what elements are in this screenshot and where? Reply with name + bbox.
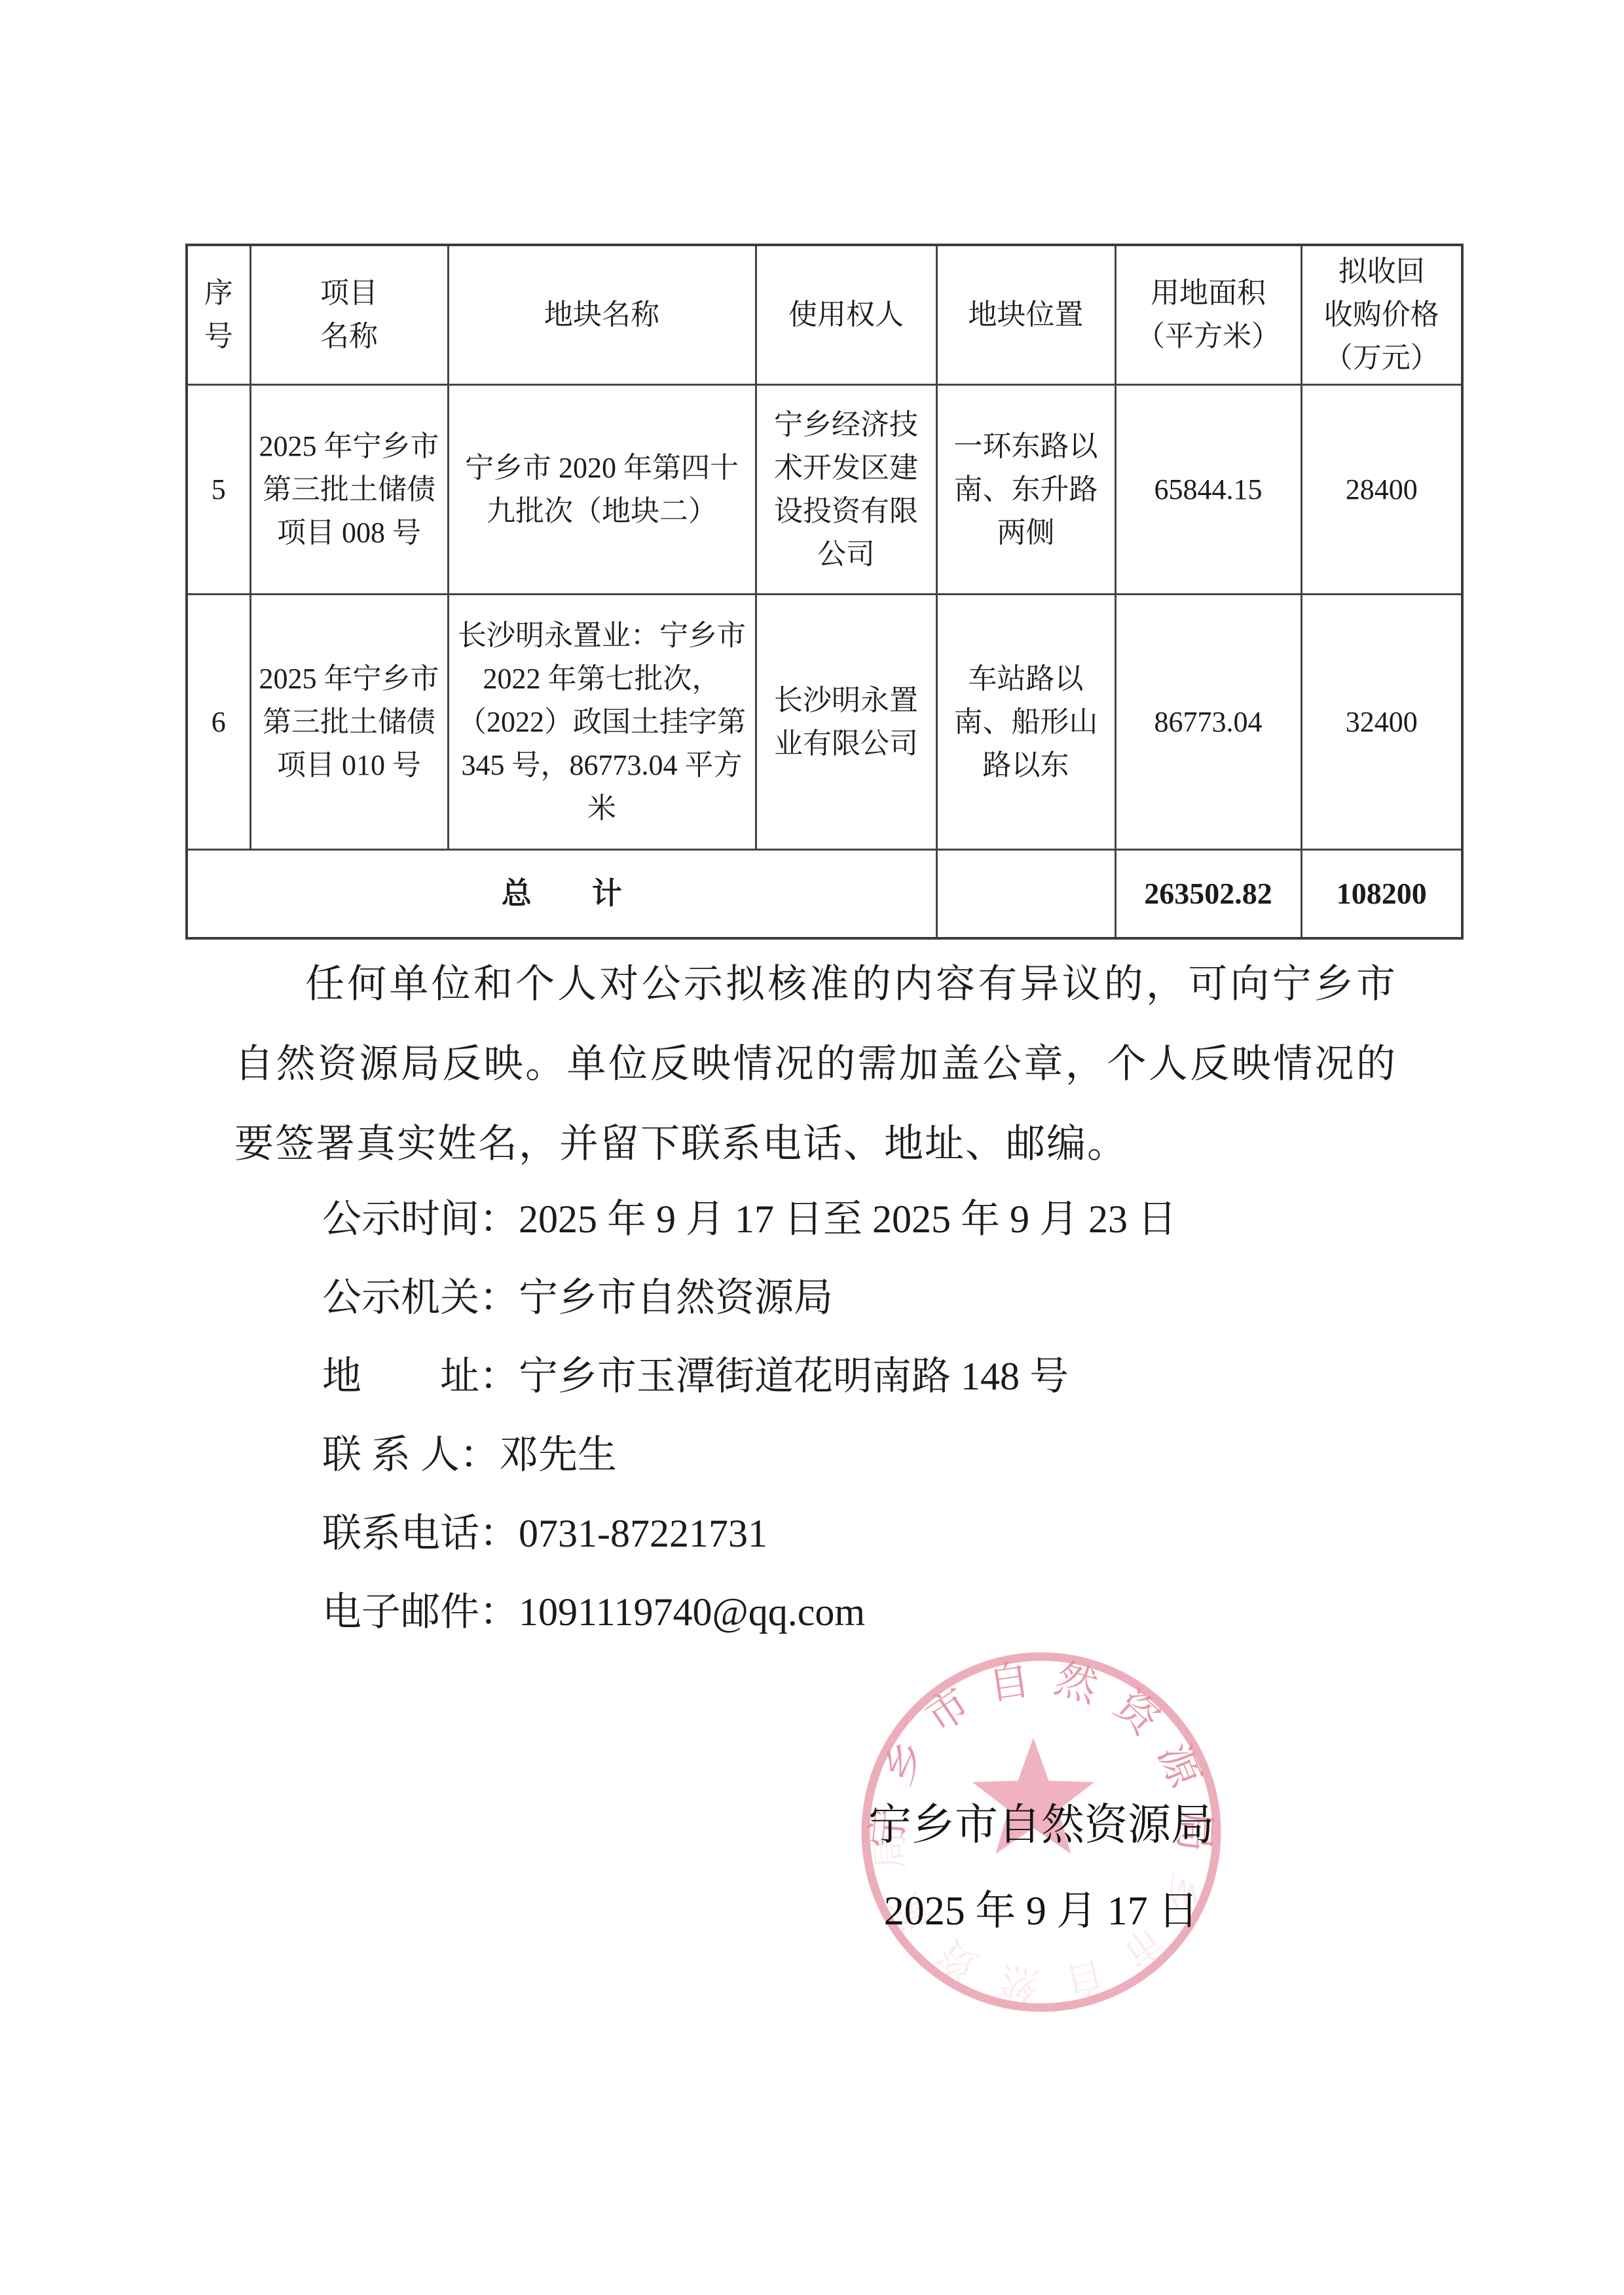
publicity-agency-label: 公示机关： — [322, 1276, 519, 1319]
cell-area: 65844.15 — [1115, 385, 1301, 595]
publicity-period-label: 公示时间： — [322, 1198, 519, 1241]
total-location-empty — [936, 850, 1115, 938]
table-header-row: 序 号 项目 名称 地块名称 使用权人 地块位置 用地面积 （平方米） 拟收回 … — [187, 245, 1462, 385]
contact-person-value: 邓先生 — [499, 1433, 617, 1477]
document-page: 序 号 项目 名称 地块名称 使用权人 地块位置 用地面积 （平方米） 拟收回 … — [0, 0, 1624, 2295]
cell-area: 86773.04 — [1115, 595, 1301, 850]
email-line: 电子邮件：1091119740@qq.com — [322, 1573, 1435, 1651]
signature-org: 宁乡市自然资源局 — [838, 1799, 1244, 1852]
phone-label: 联系电话： — [322, 1512, 519, 1555]
cell-location: 一环东路以南、东升路两侧 — [936, 385, 1115, 595]
cell-parcel: 长沙明永置业：宁乡市 2022 年第七批次，（2022）政国土挂字第 345 号… — [448, 595, 756, 850]
contact-person-line: 联 系 人：邓先生 — [322, 1416, 1435, 1494]
cell-project: 2025 年宁乡市第三批土储债项目 010 号 — [250, 595, 448, 850]
address-line: 地 址：宁乡市玉潭街道花明南路 148 号 — [322, 1337, 1435, 1416]
cell-no: 6 — [187, 595, 250, 850]
phone-line: 联系电话：0731-87221731 — [322, 1494, 1435, 1573]
address-value: 宁乡市玉潭街道花明南路 148 号 — [519, 1355, 1069, 1398]
header-price: 拟收回 收购价格 （万元） — [1301, 245, 1462, 385]
table-row: 6 2025 年宁乡市第三批土储债项目 010 号 长沙明永置业：宁乡市 202… — [187, 595, 1462, 850]
land-parcel-table: 序 号 项目 名称 地块名称 使用权人 地块位置 用地面积 （平方米） 拟收回 … — [185, 244, 1464, 940]
contact-person-label: 联 系 人： — [322, 1433, 499, 1477]
publicity-period-line: 公示时间：2025 年 9 月 17 日至 2025 年 9 月 23 日 — [322, 1180, 1435, 1258]
cell-parcel: 宁乡市 2020 年第四十九批次（地块二） — [448, 385, 756, 595]
cell-no: 5 — [187, 385, 250, 595]
cell-location: 车站路以南、船形山路以东 — [936, 595, 1115, 850]
cell-price: 32400 — [1301, 595, 1462, 850]
header-holder: 使用权人 — [756, 245, 936, 385]
total-area: 263502.82 — [1115, 850, 1301, 938]
contact-info-block: 公示时间：2025 年 9 月 17 日至 2025 年 9 月 23 日 公示… — [322, 1180, 1435, 1651]
header-project: 项目 名称 — [250, 245, 448, 385]
cell-project: 2025 年宁乡市第三批土储债项目 008 号 — [250, 385, 448, 595]
header-area: 用地面积 （平方米） — [1115, 245, 1301, 385]
signature-block: 宁乡市自然资源局 2025 年 9 月 17 日 — [838, 1799, 1244, 1937]
table-total-row: 总 计 263502.82 108200 — [187, 850, 1462, 938]
phone-value: 0731-87221731 — [519, 1512, 767, 1555]
address-label: 地 址： — [322, 1355, 519, 1398]
objection-paragraph: 任何单位和个人对公示拟核准的内容有异议的，可向宁乡市自然资源局反映。单位反映情况… — [234, 944, 1397, 1184]
header-parcel: 地块名称 — [448, 245, 756, 385]
table-row: 5 2025 年宁乡市第三批土储债项目 008 号 宁乡市 2020 年第四十九… — [187, 385, 1462, 595]
cell-price: 28400 — [1301, 385, 1462, 595]
publicity-agency-line: 公示机关：宁乡市自然资源局 — [322, 1258, 1435, 1337]
cell-holder: 宁乡经济技术开发区建设投资有限公司 — [756, 385, 936, 595]
publicity-agency-value: 宁乡市自然资源局 — [519, 1276, 833, 1319]
publicity-period-value: 2025 年 9 月 17 日至 2025 年 9 月 23 日 — [519, 1198, 1177, 1241]
signature-date: 2025 年 9 月 17 日 — [838, 1886, 1244, 1937]
email-value: 1091119740@qq.com — [519, 1590, 865, 1634]
total-label: 总 计 — [187, 850, 936, 938]
header-location: 地块位置 — [936, 245, 1115, 385]
email-label: 电子邮件： — [322, 1590, 519, 1634]
total-price: 108200 — [1301, 850, 1462, 938]
cell-holder: 长沙明永置业有限公司 — [756, 595, 936, 850]
header-no: 序 号 — [187, 245, 250, 385]
